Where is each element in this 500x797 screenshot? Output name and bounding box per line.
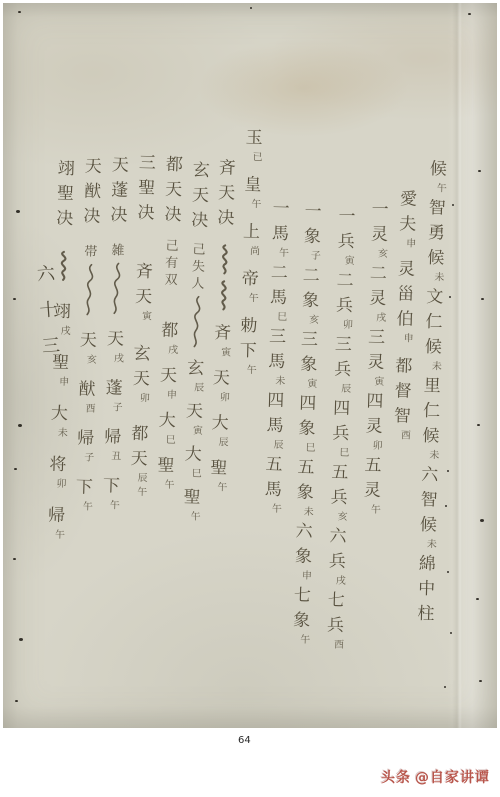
annotation-char: 申 [403,332,413,346]
ink-speck [19,638,23,641]
manuscript-char: 蓬 [111,178,129,203]
manuscript-char: 象 [304,225,322,250]
annotation-char: 尚 [250,245,260,259]
ink-speck [15,700,18,702]
annotation-char: 酉 [334,639,344,653]
manuscript-char: 四 [299,392,317,417]
manuscript-char: 三 [335,333,353,358]
annotation-char: 辰 [273,439,283,453]
manuscript-char: 象 [293,608,311,633]
manuscript-char: 五 [297,456,315,481]
annotation-char: 申 [167,389,177,403]
manuscript-char: 智 [420,488,438,513]
talisman-glyph [187,294,207,348]
manuscript-char: 兵 [337,230,355,255]
annotation-char: 卯 [140,392,150,406]
manuscript-char: 天 [111,153,129,178]
annotation-char: 申 [59,376,69,390]
ink-speck [250,7,252,9]
manuscript-char: 二 [271,261,289,286]
annotation-char: 寅 [142,310,152,324]
manuscript-char: 灵 [367,350,385,375]
manuscript-char: 象 [296,481,314,506]
annotation-char: 丑 [111,450,121,464]
manuscript-char: 斉 [218,156,236,181]
annotation-char: 辰 [194,382,204,396]
ink-speck [18,424,22,427]
manuscript-char: 馬 [272,222,290,247]
manuscript-char: 夫 [399,212,417,237]
manuscript-char: 勅 [240,314,258,339]
manuscript-char: 天 [80,328,98,353]
annotation-char: 午 [437,182,447,196]
manuscript-char: 五 [364,453,382,478]
manuscript-char: 柱 [417,602,435,627]
annotation-char: 亥 [309,314,319,328]
watermark: 头条@自家讲谭 [381,767,490,787]
annotation-char: 午 [110,499,120,513]
manuscript-char: 大 [158,409,176,434]
ink-speck [480,519,484,522]
manuscript-char: 天 [160,364,178,389]
manuscript-char: 下 [75,475,93,500]
manuscript-char: 候 [422,424,440,449]
talisman-glyph [214,279,233,311]
manuscript-char: 双 [164,272,177,289]
annotation-char: 戌 [336,575,346,589]
ink-speck [13,558,16,560]
manuscript-char: 象 [295,544,313,569]
annotation-char: 未 [427,538,437,552]
ink-speck [444,686,446,688]
ink-speck [478,170,481,172]
manuscript-char: 愛 [400,187,418,212]
manuscript-char: 上 [243,220,261,245]
manuscript-char: 仁 [423,399,441,424]
manuscript-char: 七 [294,583,312,608]
manuscript-char: 决 [164,203,182,228]
ink-speck [449,296,451,298]
manuscript-char: 决 [137,201,155,226]
annotation-char: 申 [302,570,312,584]
ink-speck [445,505,447,507]
manuscript-char: 中 [418,577,436,602]
manuscript-char: 天 [84,154,102,179]
watermark-account: @自家讲谭 [415,770,490,786]
manuscript-char: 玄 [192,158,210,183]
text-column: 一灵亥二灵戌三灵寅四灵卯五灵午 [358,197,395,518]
manuscript-char: 四 [366,389,384,414]
manuscript-char: 二 [370,261,388,286]
ink-speck [476,598,479,600]
annotation-char: 卯 [220,391,230,405]
annotation-char: 卯 [372,440,382,454]
manuscript-char: 决 [191,208,209,233]
annotation-char: 未 [304,506,314,520]
manuscript-char: 候 [425,335,443,360]
manuscript-char: 聖 [157,454,175,479]
manuscript-char: 四 [333,396,351,421]
ink-speck [447,470,449,472]
manuscript-char: 智 [394,404,412,429]
annotation-char: 寅 [374,376,384,390]
manuscript-char: 决 [110,203,128,228]
manuscript-char: 五 [265,453,283,478]
manuscript-char: 聖 [57,182,75,207]
manuscript-char: 雑 [111,242,124,259]
annotation-char: 午 [83,501,93,515]
manuscript-char: 兵 [327,613,345,638]
manuscript-char: 都 [161,319,179,344]
manuscript-char: 斉 [136,260,154,285]
ink-speck [479,680,482,682]
annotation-char: 午 [55,529,65,543]
annotation-char: 巳 [305,442,315,456]
manuscript-char: 候 [429,157,447,182]
manuscript-char: 聖 [210,456,228,481]
manuscript-char: 己 [192,241,205,258]
manuscript-char: 都 [166,153,184,178]
manuscript-char: 馬 [264,478,282,503]
ink-speck [14,468,17,470]
annotation-char: 卯 [56,478,66,492]
manuscript-char: 蓬 [105,376,123,401]
manuscript-char: 天 [165,178,183,203]
manuscript-char: 督 [394,379,412,404]
annotation-char: 寅 [221,346,231,360]
manuscript-char: 决 [56,207,74,232]
manuscript-char: 一 [371,197,389,222]
manuscript-char: 灵 [369,286,387,311]
annotation-char: 辰 [218,436,228,450]
manuscript-char: 都 [131,422,149,447]
annotation-char: 午 [251,198,261,212]
annotation-char: 酉 [85,403,95,417]
annotation-char: 午 [164,479,174,493]
annotation-char: 子 [311,250,321,264]
manuscript-char: 猷 [84,179,102,204]
manuscript-char: 聖 [183,485,201,510]
manuscript-char: 大 [184,442,202,467]
manuscript-char: 灵 [365,414,383,439]
annotation-char: 午 [137,486,147,500]
manuscript-char: 有 [165,255,178,272]
manuscript-char: 兵 [328,549,346,574]
manuscript-char: 四 [267,389,285,414]
annotation-char: 戌 [168,344,178,358]
manuscript-char: 决 [83,204,101,229]
ink-speck [18,11,21,13]
annotation-char: 巳 [277,311,287,325]
annotation-char: 卯 [343,319,353,333]
annotation-char: 戌 [60,325,70,339]
annotation-char: 亥 [337,511,347,525]
manuscript-char: 灵 [371,222,389,247]
ink-speck [447,571,449,573]
annotation-char: 寅 [307,378,317,392]
annotation-char: 午 [371,504,381,518]
manuscript-char: 灵 [398,257,416,282]
manuscript-char: 馬 [266,414,284,439]
manuscript-text: 候午智勇候未文仁候未里仁候未六智候未綿中柱愛夫申灵甾伯申都督智酉一灵亥二灵戌三灵… [0,0,500,735]
manuscript-char: 兵 [332,421,350,446]
manuscript-char: 聖 [138,176,156,201]
ink-speck [452,204,454,206]
annotation-char: 已 [252,151,262,165]
manuscript-char: 天 [218,181,236,206]
manuscript-char: 下 [103,474,121,499]
annotation-char: 寅 [345,255,355,269]
watermark-brand-toutiao: 头条 [381,770,411,786]
annotation-char: 亥 [87,354,97,368]
manuscript-char: 勇 [428,221,446,246]
manuscript-char: 皇 [244,173,262,198]
manuscript-char: 六 [295,519,313,544]
annotation-char: 午 [248,292,258,306]
manuscript-char: 斉 [214,321,232,346]
manuscript-char: 五 [331,460,349,485]
page-number: 64 [238,735,251,746]
annotation-char: 申 [406,237,416,251]
manuscript-char: 天 [130,447,148,472]
annotation-char: 午 [272,503,282,517]
manuscript-char: 馬 [270,286,288,311]
manuscript-char: 天 [135,285,153,310]
scanned-manuscript-page: { "page": { "page_number": "64", "margin… [0,0,500,797]
manuscript-char: 玄 [133,342,151,367]
annotation-char: 未 [275,375,285,389]
talisman-glyph [107,261,127,315]
manuscript-char: 象 [298,417,316,442]
manuscript-char: 大 [51,402,69,427]
manuscript-char: 天 [133,367,151,392]
manuscript-char: 帰 [48,504,66,529]
annotation-char: 巳 [165,434,175,448]
manuscript-char: 天 [107,327,125,352]
ink-speck [477,424,480,426]
manuscript-char: 帯 [84,243,97,260]
manuscript-char: 仁 [425,310,443,335]
manuscript-char: 候 [427,246,445,271]
manuscript-char: 三 [139,151,157,176]
ink-speck [16,210,20,213]
manuscript-char: 象 [300,353,318,378]
manuscript-char: 三 [368,325,386,350]
manuscript-char: 三 [269,325,287,350]
manuscript-char: 一 [272,197,290,222]
annotation-char: 亥 [378,248,388,262]
manuscript-char: 决 [217,206,235,231]
manuscript-char: 候 [420,513,438,538]
manuscript-char: 人 [191,275,204,292]
text-column: 一兵寅二兵卯三兵辰四兵巳五兵亥六兵戌七兵酉 [321,204,361,653]
manuscript-char: 三 [301,328,319,353]
annotation-char: 子 [84,452,94,466]
manuscript-char: 灵 [363,478,381,503]
annotation-char: 午 [190,511,200,525]
manuscript-char: 失 [192,258,205,275]
manuscript-char: 兵 [334,358,352,383]
manuscript-char: 玄 [187,356,205,381]
annotation-char: 戌 [114,352,124,366]
manuscript-char: 己 [165,238,178,255]
manuscript-char: 翊 [57,157,75,182]
manuscript-char: 天 [186,399,204,424]
manuscript-char: 六 [329,524,347,549]
annotation-char: 午 [300,634,310,648]
annotation-char: 未 [58,427,68,441]
annotation-char: 巳 [192,468,202,482]
annotation-char: 戌 [376,312,386,326]
ink-speck [450,632,452,634]
annotation-char: 午 [246,364,256,378]
annotation-char: 辰 [341,383,351,397]
annotation-char: 未 [434,271,444,285]
manuscript-char: 六 [421,463,439,488]
annotation-char: 辰 [137,472,147,486]
manuscript-char: 伯 [396,307,414,332]
manuscript-char: 馬 [268,350,286,375]
annotation-char: 午 [279,247,289,261]
manuscript-char: 甾 [397,282,415,307]
manuscript-char: 将 [49,453,67,478]
ink-speck [468,13,471,15]
talisman-glyph [80,262,100,316]
annotation-char: 午 [217,481,227,495]
ink-speck [481,298,484,300]
annotation-char: 酉 [401,429,411,443]
manuscript-char: 帰 [77,426,95,451]
annotation-char: 巳 [339,447,349,461]
manuscript-char: 玉 [245,126,263,151]
manuscript-char: 里 [423,374,441,399]
manuscript-char: 猷 [78,377,96,402]
manuscript-char: 七 [327,588,345,613]
manuscript-char: 兵 [336,294,354,319]
manuscript-char: 智 [428,196,446,221]
manuscript-char: 帰 [104,425,122,450]
manuscript-char: 帝 [241,267,259,292]
annotation-char: 子 [112,401,122,415]
manuscript-char: 文 [426,285,444,310]
manuscript-char: 一 [338,205,356,230]
manuscript-char: 都 [395,354,413,379]
annotation-char: 未 [429,449,439,463]
manuscript-char: 二 [302,264,320,289]
manuscript-char: 天 [213,366,231,391]
ink-speck [13,298,16,300]
manuscript-char: 綿 [418,552,436,577]
annotation-char: 未 [432,360,442,374]
manuscript-char: 兵 [330,485,348,510]
manuscript-char: 下 [239,339,257,364]
annotation-char: 寅 [193,425,203,439]
manuscript-char: 二 [336,269,354,294]
manuscript-char: 天 [192,183,210,208]
manuscript-char: 大 [211,411,229,436]
manuscript-char: 一 [304,200,322,225]
manuscript-char: 象 [302,289,320,314]
talisman-glyph [215,243,234,275]
